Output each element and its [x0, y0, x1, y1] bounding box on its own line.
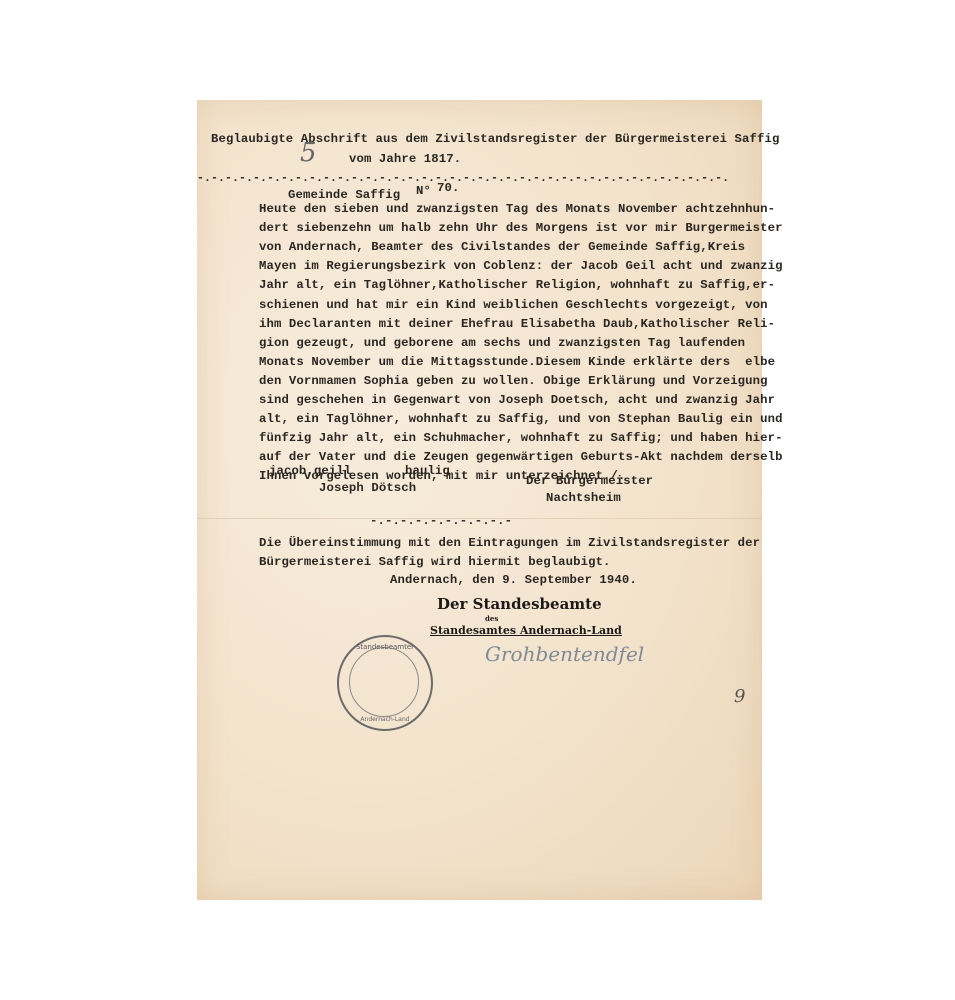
certification-line: Die Übereinstimmung mit den Eintragungen…	[259, 536, 760, 550]
place-date: Andernach, den 9. September 1940.	[390, 573, 637, 587]
entry-line: Heute den sieben und zwanzigsten Tag des…	[259, 202, 775, 216]
signature-witness1: Joseph Dötsch	[319, 481, 416, 495]
official-des: des	[485, 614, 498, 623]
seal-top-text: Standesbeamter	[339, 643, 431, 651]
margin-note: 9	[734, 686, 745, 707]
entry-line: von Andernach, Beamter des Civilstandes …	[259, 240, 745, 254]
entry-line: auf der Vater und die Zeugen gegenwärtig…	[259, 450, 783, 464]
document-page: Beglaubigte Abschrift aus dem Zivilstand…	[197, 100, 762, 900]
signature-father: jacob,geill	[269, 464, 351, 478]
entry-line: dert siebenzehn um halb zehn Uhr des Mor…	[259, 221, 783, 235]
entry-line: sind geschehen in Gegenwart von Joseph D…	[259, 393, 775, 407]
entry-line: ihm Declaranten mit deiner Ehefrau Elisa…	[259, 317, 775, 331]
seal-inner-ring	[349, 647, 419, 717]
entry-line: fünfzig Jahr alt, ein Schuhmacher, wohnh…	[259, 431, 783, 445]
entry-line: den Vornmamen Sophia geben zu wollen. Ob…	[259, 374, 768, 388]
entry-line: alt, ein Taglöhner, wohnhaft zu Saffig, …	[259, 412, 783, 426]
entry-line: gion gezeugt, und geborene am sechs und …	[259, 336, 745, 350]
entry-number: 70.	[437, 181, 459, 195]
entry-line: Monats November um die Mittagsstunde.Die…	[259, 355, 775, 369]
entry-line: Jahr alt, ein Taglöhner,Katholischer Rel…	[259, 278, 775, 292]
certification-line: Bürgermeisterei Saffig wird hiermit begl…	[259, 555, 611, 569]
document-title: Beglaubigte Abschrift aus dem Zivilstand…	[211, 132, 779, 146]
separator-line: -.-.-.-.-.-.-.-.-.-.-.-.-.-.-.-.-.-.-.-.…	[197, 172, 729, 185]
official-title: Der Standesbeamte	[437, 595, 602, 613]
margin-mark: 5	[300, 138, 317, 168]
entry-line: schienen und hat mir ein Kind weiblichen…	[259, 298, 768, 312]
official-seal-icon: Standesbeamter Andernach-Land	[337, 635, 433, 731]
municipality: Gemeinde Saffig	[288, 188, 400, 202]
seal-bottom-text: Andernach-Land	[339, 716, 431, 723]
document-year: vom Jahre 1817.	[349, 152, 461, 166]
official-signature: Grohbentendfel	[485, 642, 644, 666]
entry-number-label: N°	[416, 184, 431, 198]
signature-witness2: baulig	[405, 464, 450, 478]
office-name: Standesamtes Andernach-Land	[430, 624, 622, 637]
mayor-title: Der Bürgermeister	[526, 474, 653, 488]
certification-separator: -.-.-.-.-.-.-.-.-.-	[370, 514, 512, 528]
entry-line: Mayen im Regierungsbezirk von Coblenz: d…	[259, 259, 783, 273]
mayor-name: Nachtsheim	[546, 491, 621, 505]
